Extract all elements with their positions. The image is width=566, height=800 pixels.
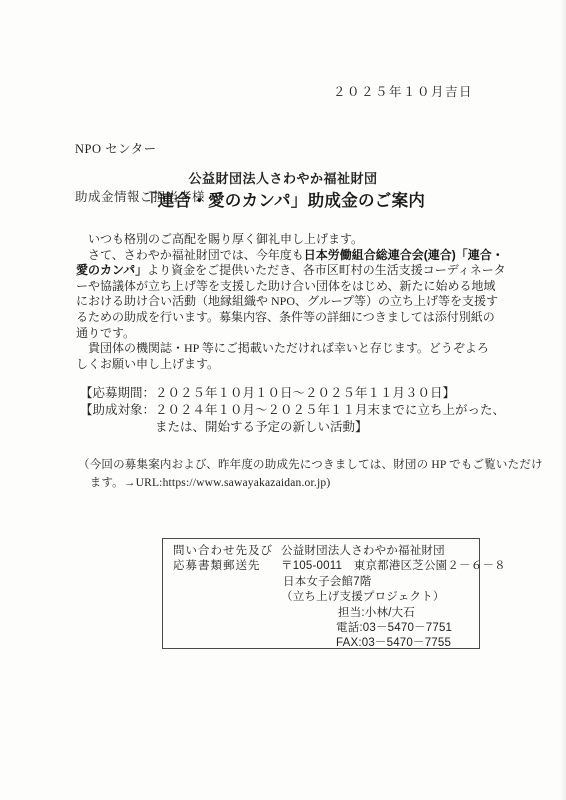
contact-row: 電話:03－5470－7751 [173, 621, 475, 636]
text-line: 愛のカンパ」より資金をご提供いただき、各市区町村の生活支援コーディネータ [76, 263, 506, 279]
contact-value: 公益財団法人さわやか福祉財団 [281, 544, 445, 559]
contact-value: （立ち上げ支援プロジェクト） [281, 590, 445, 605]
contact-value: 日本女子会館7階 [281, 575, 372, 590]
text-line: いつも格別のご高配を賜り厚く御礼申し上げます。 [76, 232, 506, 248]
contact-row: （立ち上げ支援プロジェクト） [173, 590, 475, 605]
contact-row: 日本女子会館7階 [173, 575, 475, 590]
scanned-letter-page: ２０２５年１０月吉日 NPO センター 助成金情報ご担当者様 公益財団法人さわや… [0, 0, 566, 800]
text-line: るための助成を行います。募集内容、条件等の詳細につきましては添付別紙の [76, 310, 506, 326]
footnote-block: （今回の募集案内および、昨年度の助成先につきましては、財団の HP でもご覧いた… [78, 457, 543, 492]
contact-value: 電話:03－5470－7751 [281, 621, 452, 636]
contact-label [173, 590, 281, 605]
text-segment: ーや協議体が立ち上げ等を支援した助け合い団体をはじめ、新たに始める地域 [76, 279, 496, 293]
bold-text-segment: 日本労働組合総連合会(連合)「連合・ [304, 248, 504, 262]
text-segment: 貴団体の機関誌・HP 等にご掲載いただければ幸いと存じます。どうぞよろ [76, 341, 489, 355]
document-title: 「連合・愛のカンパ」助成金のご案内 [0, 187, 566, 211]
text-line: さて、さわやか福祉財団では、今年度も日本労働組合総連合会(連合)「連合・ [76, 248, 506, 264]
contact-label [173, 575, 281, 590]
text-segment: ます。→URL:https://www.sawayakazaidan.or.jp… [78, 477, 330, 489]
contact-row: FAX:03－5470－7755 [173, 636, 475, 651]
recipient-org: NPO センター [75, 141, 205, 157]
text-segment: 通りです。 [76, 326, 135, 340]
contact-row: 担当:小林/大石 [173, 606, 475, 621]
contact-box: 問い合わせ先及び公益財団法人さわやか福祉財団応募書類郵送先〒105-0011 東… [162, 538, 480, 649]
text-segment: さて、さわやか福祉財団では、今年度も [76, 248, 304, 262]
text-segment: しくお願い申し上げます。 [76, 357, 219, 371]
text-segment: 【助成対象：２０２４年１０月～２０２５年１１月末までに立ち上がった、 [80, 403, 505, 417]
contact-label: 応募書類郵送先 [173, 559, 281, 574]
text-segment: （今回の募集案内および、昨年度の助成先につきましては、財団の HP でもご覧いた… [78, 459, 543, 471]
text-line: または、開始する予定の新しい活動】 [80, 419, 505, 436]
contact-label [173, 606, 281, 621]
body-text: いつも格別のご高配を賜り厚く御礼申し上げます。 さて、さわやか福祉財団では、今年… [76, 232, 506, 372]
bold-text-segment: 愛のカンパ」 [76, 263, 147, 277]
contact-value: 〒105-0011 東京都港区芝公園２－６－８ [281, 559, 506, 574]
sender-organization-title: 公益財団法人さわやか福祉財団 [0, 168, 566, 187]
contact-value: 担当:小林/大石 [281, 606, 415, 621]
text-line: ーや協議体が立ち上げ等を支援した助け合い団体をはじめ、新たに始める地域 [76, 279, 506, 295]
contact-row: 問い合わせ先及び公益財団法人さわやか福祉財団 [173, 544, 475, 559]
text-line: しくお願い申し上げます。 [76, 357, 506, 373]
text-line: における助け合い活動（地縁組織や NPO、グループ等）の立ち上げ等を支援す [76, 294, 506, 310]
text-line: 【応募期間：２０２５年１０月１０日～２０２５年１１月３０日】 [80, 385, 505, 402]
contact-label [173, 621, 281, 636]
text-segment: における助け合い活動（地縁組織や NPO、グループ等）の立ち上げ等を支援す [76, 294, 498, 308]
text-line: 貴団体の機関誌・HP 等にご掲載いただければ幸いと存じます。どうぞよろ [76, 341, 506, 357]
contact-value: FAX:03－5470－7755 [281, 636, 451, 651]
contact-label [173, 636, 281, 651]
text-line: （今回の募集案内および、昨年度の助成先につきましては、財団の HP でもご覧いた… [78, 457, 543, 475]
text-segment: 【応募期間：２０２５年１０月１０日～２０２５年１１月３０日】 [80, 386, 455, 400]
scan-edge-shadow [560, 0, 566, 800]
text-segment: いつも格別のご高配を賜り厚く御礼申し上げます。 [76, 232, 363, 246]
text-line: 通りです。 [76, 326, 506, 342]
application-period-block: 【応募期間：２０２５年１０月１０日～２０２５年１１月３０日】【助成対象：２０２４… [80, 385, 505, 435]
text-segment: るための助成を行います。募集内容、条件等の詳細につきましては添付別紙の [76, 310, 495, 324]
text-line: ます。→URL:https://www.sawayakazaidan.or.jp… [78, 475, 543, 493]
letter-date: ２０２５年１０月吉日 [333, 82, 473, 100]
contact-label: 問い合わせ先及び [173, 544, 281, 559]
text-segment: または、開始する予定の新しい活動】 [80, 420, 368, 434]
text-line: 【助成対象：２０２４年１０月～２０２５年１１月末までに立ち上がった、 [80, 402, 505, 419]
contact-row: 応募書類郵送先〒105-0011 東京都港区芝公園２－６－８ [173, 559, 475, 574]
text-segment: より資金をご提供いただき、各市区町村の生活支援コーディネータ [147, 263, 506, 277]
